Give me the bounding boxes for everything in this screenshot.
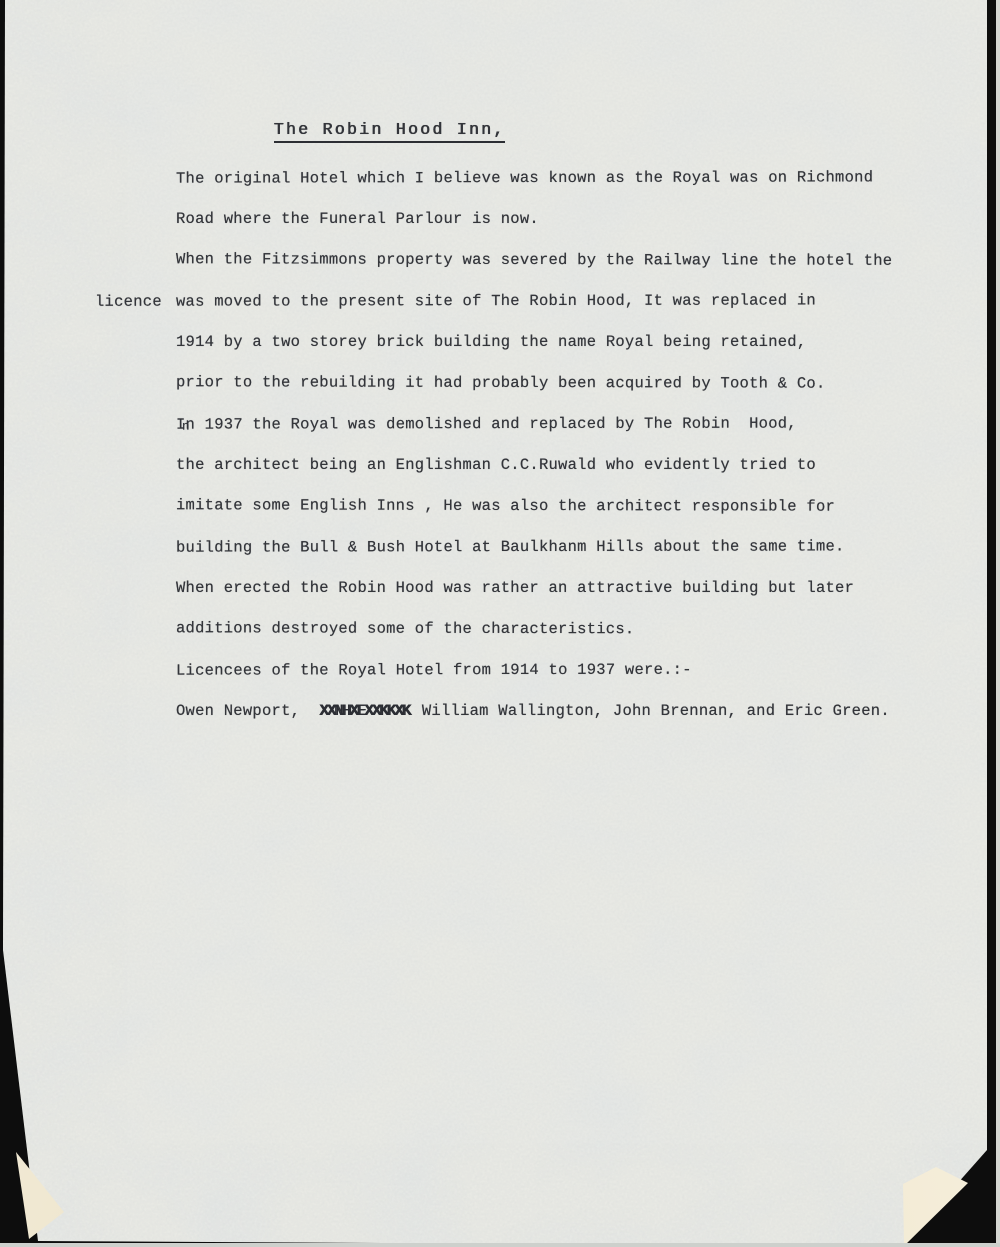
text-line: Licencees of the Royal Hotel from 1914 t… — [176, 649, 892, 691]
margin-note-licence: licence — [95, 282, 162, 323]
document-body: The original Hotel which I believe was k… — [176, 158, 892, 732]
text-line: additions destroyed some of the characte… — [176, 608, 892, 651]
text-line: Owen Newport, XXNHXEXXKKXK William Walli… — [176, 691, 892, 732]
text-line: When erected the Robin Hood was rather a… — [176, 568, 892, 609]
text-line: imitate some English Inns , He was also … — [176, 485, 892, 528]
text-line-prefix: Owen Newport, — [176, 702, 319, 720]
text-line-suffix: William Wallington, John Brennan, and Er… — [412, 702, 890, 720]
text-line: prior to the rebuilding it had probably … — [176, 362, 892, 405]
text-line: building the Bull & Bush Hotel at Baulkh… — [176, 526, 892, 568]
struck-out-text: XXNHXEXXKKXK — [319, 702, 409, 720]
document-title: The Robin Hood Inn, — [176, 101, 505, 162]
scan-mat-edge-right — [996, 0, 1000, 1247]
text-line-main: was moved to the present site of The Rob… — [176, 292, 816, 311]
text-line: In 1937 the Royal was demolished and rep… — [176, 403, 892, 445]
text-line-main: In 1937 the Royal was demolished and rep… — [176, 415, 797, 434]
text-line: licencewas moved to the present site of … — [176, 280, 892, 322]
text-line: When the Fitzsimmons property was severe… — [176, 239, 892, 282]
document-title-text: The Robin Hood Inn, — [274, 120, 506, 143]
photo-background: The Robin Hood Inn, The original Hotel w… — [0, 0, 1000, 1247]
text-line: the architect being an Englishman C.C.Ru… — [176, 445, 892, 486]
text-line: 1914 by a two storey brick building the … — [176, 322, 892, 363]
text-line: The original Hotel which I believe was k… — [176, 157, 892, 199]
document-content: The Robin Hood Inn, The original Hotel w… — [0, 0, 1000, 1247]
scan-mat-edge-bottom — [0, 1243, 1000, 1247]
typed-correction-n: n — [182, 421, 190, 433]
text-line: Road where the Funeral Parlour is now. — [176, 199, 892, 240]
paper-sheet: The Robin Hood Inn, The original Hotel w… — [0, 0, 1000, 1247]
